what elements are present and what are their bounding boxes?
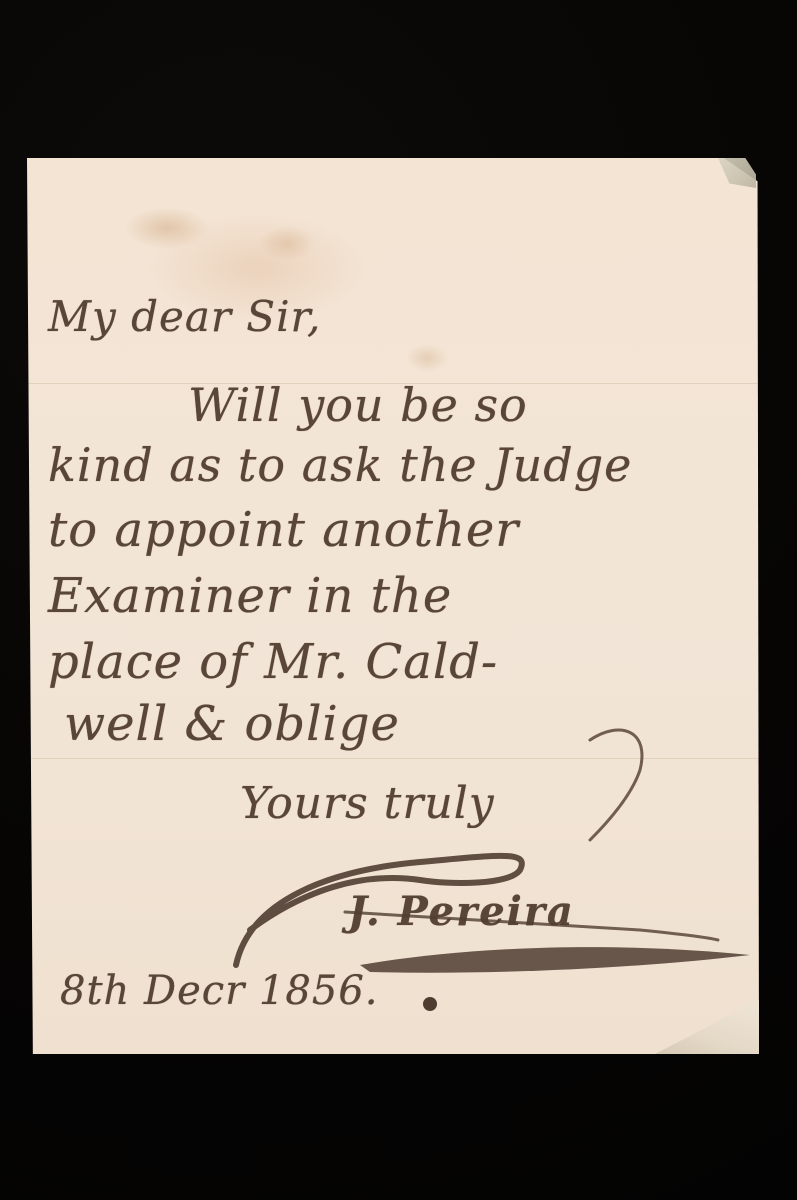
body-line: kind as to ask the Judge [48, 438, 632, 492]
closing: Yours truly [240, 778, 495, 829]
body-line: Examiner in the [48, 568, 452, 624]
date: 8th Decr 1856. [60, 968, 379, 1014]
signature: J. Pereira [348, 888, 575, 935]
body-line: to appoint another [48, 502, 519, 558]
body-line: well & oblige [64, 696, 400, 752]
body-line: Will you be so [188, 378, 528, 432]
paper-fold-line [27, 758, 759, 759]
body-line: place of Mr. Cald- [48, 634, 498, 690]
salutation: My dear Sir, [48, 292, 321, 341]
